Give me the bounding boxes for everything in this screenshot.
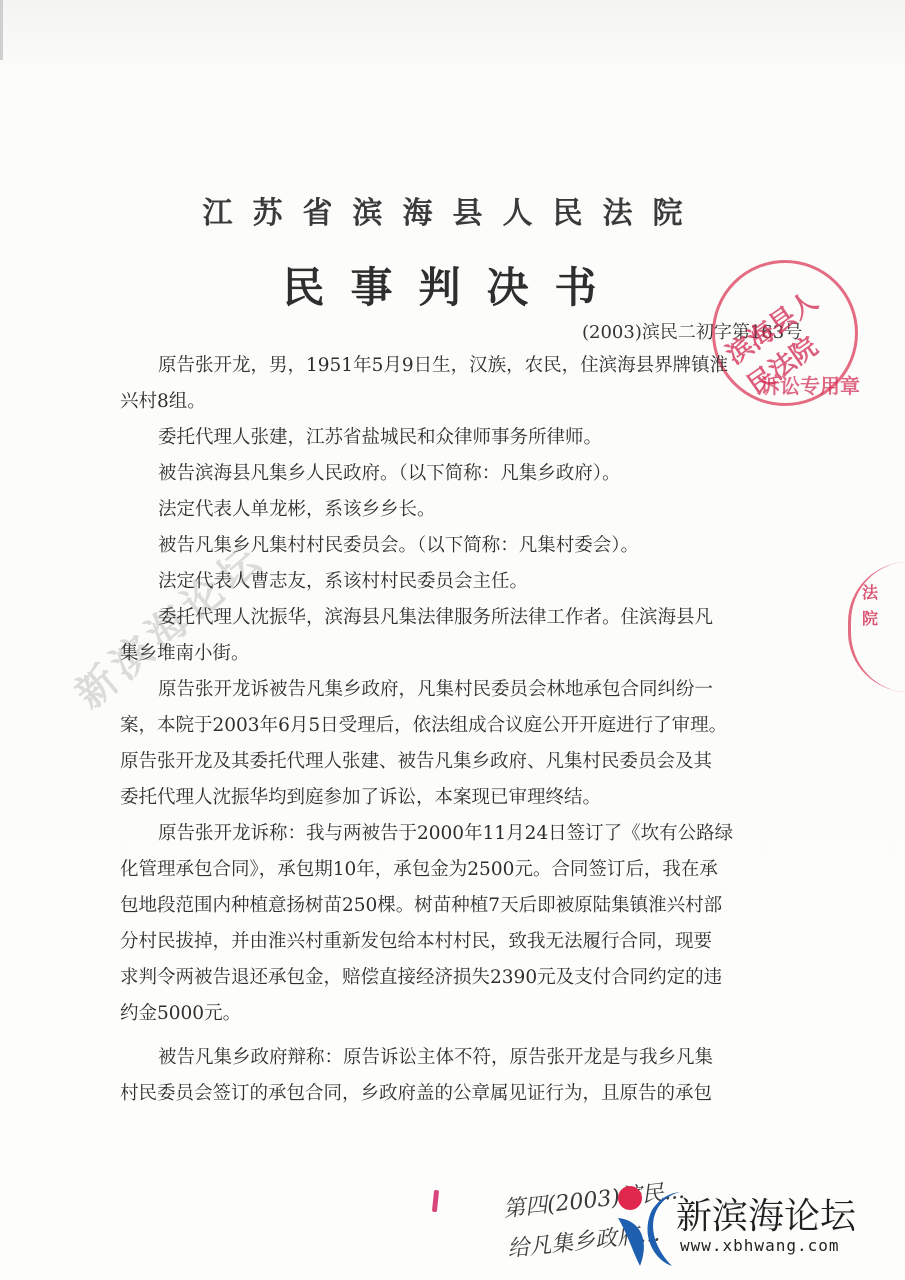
- forum-logo-title: 新滨海论坛: [676, 1188, 856, 1239]
- court-name: 江苏省滨海县人民法院: [0, 188, 905, 232]
- text-line: 委托代理人张建，江苏省盐城民和众律师事务所律师。: [158, 420, 778, 456]
- text-line: 委托代理人沈振华，滨海县凡集法律服务所法律工作者。住滨海县凡: [158, 600, 778, 636]
- text-line: 被告凡集乡政府辩称：原告诉讼主体不符，原告张开龙是与我乡凡集: [158, 1040, 778, 1076]
- text-line: 原告张开龙诉称：我与两被告于2000年11月24日签订了《坎有公路绿: [158, 816, 778, 852]
- seam-seal-text: 法院: [862, 580, 882, 632]
- text-line: 委托代理人沈振华均到庭参加了诉讼，本案现已审理终结。: [120, 780, 778, 816]
- defendant2-paragraph: 被告凡集乡凡集村村民委员会。（以下简称：凡集村委会）。: [158, 528, 778, 564]
- case-intro-paragraph: 原告张开龙诉被告凡集乡政府，凡集村民委员会林地承包合同纠纷一 案，本院于2003…: [158, 672, 778, 816]
- text-line: 法定代表人单龙彬，系该乡乡长。: [158, 492, 778, 528]
- page-number-mark: [432, 1190, 439, 1212]
- text-line: 集乡堆南小街。: [120, 636, 778, 672]
- text-line: 原告张开龙，男，1951年5月9日生，汉族，农民，住滨海县界牌镇淮: [158, 348, 778, 384]
- forum-logo-url: www.xbhwang.com: [680, 1236, 840, 1255]
- text-line: 原告张开龙及其委托代理人张建、被告凡集乡政府、凡集村民委员会及其: [120, 744, 778, 780]
- forum-watermark-logo: 新滨海论坛 www.xbhwang.com: [610, 1180, 900, 1270]
- text-line: 被告凡集乡凡集村村民委员会。（以下简称：凡集村委会）。: [158, 528, 778, 564]
- text-line: 村民委员会签订的承包合同，乡政府盖的公章属见证行为，且原告的承包: [120, 1076, 778, 1112]
- plaintiff-claim-paragraph: 原告张开龙诉称：我与两被告于2000年11月24日签订了《坎有公路绿 化管理承包…: [158, 816, 778, 1032]
- defendant-defense-paragraph: 被告凡集乡政府辩称：原告诉讼主体不符，原告张开龙是与我乡凡集 村民委员会签订的承…: [158, 1040, 778, 1112]
- text-line: 案，本院于2003年6月5日受理后，依法组成合议庭公开开庭进行了审理。: [120, 708, 778, 744]
- defendant2-agent-paragraph: 委托代理人沈振华，滨海县凡集法律服务所法律工作者。住滨海县凡 集乡堆南小街。: [158, 600, 778, 672]
- defendant2-rep-paragraph: 法定代表人曹志友，系该村村民委员会主任。: [158, 564, 778, 600]
- plaintiff-agent-paragraph: 委托代理人张建，江苏省盐城民和众律师事务所律师。: [158, 420, 778, 456]
- text-line: 被告滨海县凡集乡人民政府。（以下简称：凡集乡政府）。: [158, 456, 778, 492]
- text-line: 化管理承包合同》，承包期10年，承包金为2500元。合同签订后，我在承: [120, 852, 778, 888]
- text-line: 原告张开龙诉被告凡集乡政府，凡集村民委员会林地承包合同纠纷一: [158, 672, 778, 708]
- text-line: 约金5000元。: [120, 996, 778, 1032]
- judgment-body: 原告张开龙，男，1951年5月9日生，汉族，农民，住滨海县界牌镇淮 兴村8组。 …: [158, 348, 778, 1112]
- defendant1-rep-paragraph: 法定代表人单龙彬，系该乡乡长。: [158, 492, 778, 528]
- text-line: 法定代表人曹志友，系该村村民委员会主任。: [158, 564, 778, 600]
- document-page: 江苏省滨海县人民法院 民事判决书 (2003)滨民二初字第163号 滨海县人民法…: [0, 0, 905, 1280]
- text-line: 兴村8组。: [120, 384, 778, 420]
- text-line: 求判令两被告退还承包金，赔偿直接经济损失2390元及支付合同约定的违: [120, 960, 778, 996]
- defendant1-paragraph: 被告滨海县凡集乡人民政府。（以下简称：凡集乡政府）。: [158, 456, 778, 492]
- text-line: 分村民拔掉，并由淮兴村重新发包给本村村民，致我无法履行合同，现要: [120, 924, 778, 960]
- scan-edge: [0, 0, 3, 60]
- text-line: 包地段范围内种植意扬树苗250棵。树苗种植7天后即被原陆集镇淮兴村部: [120, 888, 778, 924]
- plaintiff-paragraph: 原告张开龙，男，1951年5月9日生，汉族，农民，住滨海县界牌镇淮 兴村8组。: [158, 348, 778, 420]
